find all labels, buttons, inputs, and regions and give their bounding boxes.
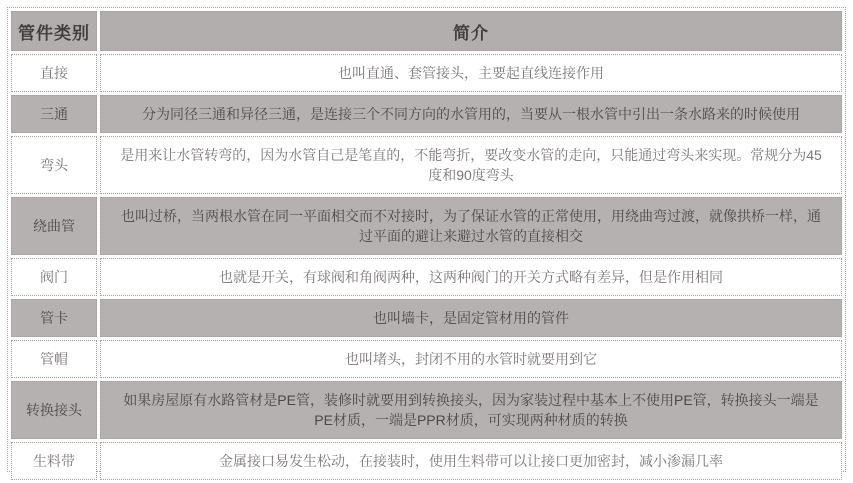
header-category: 管件类别 <box>11 11 97 51</box>
description-cell: 也叫过桥，当两根水管在同一平面相交而不对接时，为了保证水管的正常使用，用绕曲弯过… <box>100 197 842 255</box>
category-cell: 绕曲管 <box>11 197 97 255</box>
pipe-fittings-table-container: 管件类别 简介 直接也叫直通、套管接头，主要起直线连接作用三通分为同径三通和异径… <box>7 7 846 472</box>
description-cell: 是用来让水管转弯的，因为水管自己是笔直的，不能弯折，要改变水管的走向，只能通过弯… <box>100 136 842 194</box>
category-cell: 管卡 <box>11 299 97 337</box>
category-cell: 直接 <box>11 54 97 92</box>
category-cell: 三通 <box>11 95 97 133</box>
category-cell: 管帽 <box>11 340 97 378</box>
category-cell: 弯头 <box>11 136 97 194</box>
pipe-fittings-table: 管件类别 简介 直接也叫直通、套管接头，主要起直线连接作用三通分为同径三通和异径… <box>8 8 845 483</box>
table-header-row: 管件类别 简介 <box>11 11 842 51</box>
description-cell: 也叫堵头，封闭不用的水管时就要用到它 <box>100 340 842 378</box>
table-row: 三通分为同径三通和异径三通，是连接三个不同方向的水管用的，当要从一根水管中引出一… <box>11 95 842 133</box>
table-row: 管卡也叫墙卡，是固定管材用的管件 <box>11 299 842 337</box>
table-row: 弯头是用来让水管转弯的，因为水管自己是笔直的，不能弯折，要改变水管的走向，只能通… <box>11 136 842 194</box>
description-cell: 分为同径三通和异径三通，是连接三个不同方向的水管用的，当要从一根水管中引出一条水… <box>100 95 842 133</box>
table-row: 转换接头如果房屋原有水路管材是PE管，装修时就要用到转换接头，因为家装过程中基本… <box>11 381 842 439</box>
category-cell: 阀门 <box>11 258 97 296</box>
table-row: 阀门也就是开关，有球阀和角阀两种，这两种阀门的开关方式略有差异，但是作用相同 <box>11 258 842 296</box>
table-body: 直接也叫直通、套管接头，主要起直线连接作用三通分为同径三通和异径三通，是连接三个… <box>11 54 842 480</box>
description-cell: 也叫直通、套管接头，主要起直线连接作用 <box>100 54 842 92</box>
category-cell: 生料带 <box>11 442 97 480</box>
description-cell: 如果房屋原有水路管材是PE管，装修时就要用到转换接头，因为家装过程中基本上不使用… <box>100 381 842 439</box>
table-row: 绕曲管也叫过桥，当两根水管在同一平面相交而不对接时，为了保证水管的正常使用，用绕… <box>11 197 842 255</box>
description-cell: 金属接口易发生松动，在接装时，使用生料带可以让接口更加密封，减小渗漏几率 <box>100 442 842 480</box>
table-row: 管帽也叫堵头，封闭不用的水管时就要用到它 <box>11 340 842 378</box>
table-row: 生料带金属接口易发生松动，在接装时，使用生料带可以让接口更加密封，减小渗漏几率 <box>11 442 842 480</box>
table-row: 直接也叫直通、套管接头，主要起直线连接作用 <box>11 54 842 92</box>
description-cell: 也叫墙卡，是固定管材用的管件 <box>100 299 842 337</box>
header-intro: 简介 <box>100 11 842 51</box>
description-cell: 也就是开关，有球阀和角阀两种，这两种阀门的开关方式略有差异，但是作用相同 <box>100 258 842 296</box>
category-cell: 转换接头 <box>11 381 97 439</box>
